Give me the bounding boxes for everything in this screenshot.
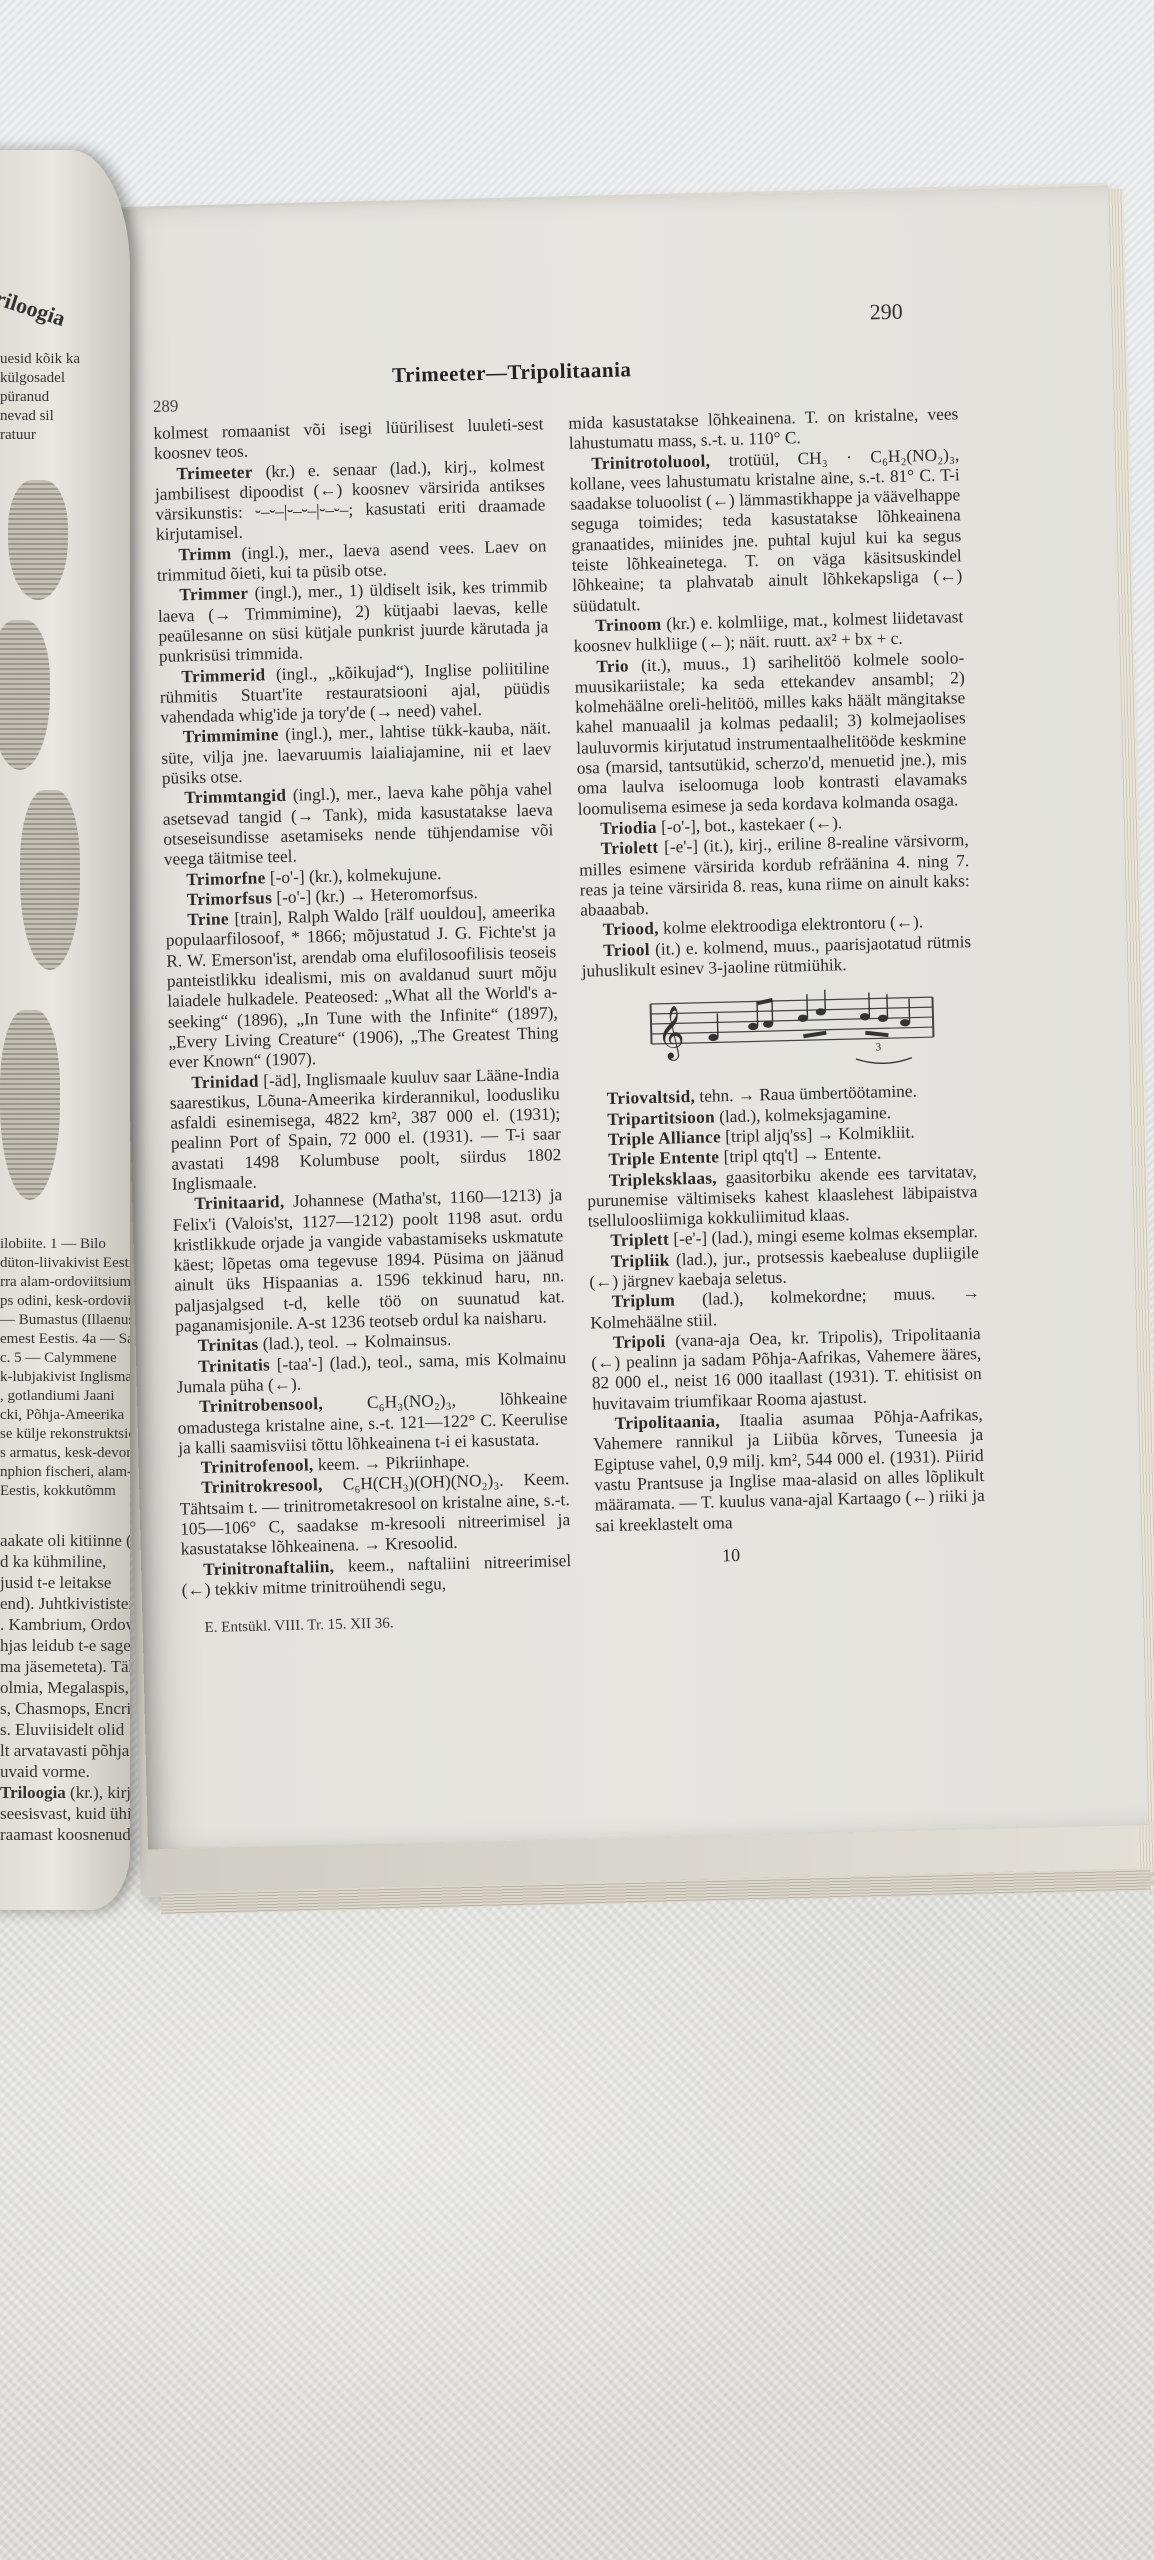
- entry-headword: Tripoli: [613, 1332, 666, 1352]
- page-number: 290: [869, 299, 903, 326]
- caption-line: ilobiite. 1 — Bilo: [0, 1235, 130, 1254]
- entry-headword: Trimorfne: [186, 868, 266, 889]
- fragment-line: lt arvatavasti põhjaelu: [0, 1740, 130, 1761]
- entry-headword: Triple Alliance: [608, 1127, 722, 1149]
- fragment-line: külgosadel: [0, 369, 130, 388]
- fragment-line: ratuur: [0, 426, 130, 445]
- dictionary-entry: Trinitrokresool, C₆H(CH₃)(OH)(NO₂)₃. Kee…: [179, 1470, 571, 1561]
- right-column: mida kasustatakse lõhkeainena. T. on kri…: [568, 404, 986, 1568]
- dictionary-entry: Trimmtangid (ingl.), mer., laeva kahe põ…: [162, 780, 554, 871]
- fragment-line: hjas leidub t-e sageli: [0, 1635, 130, 1656]
- entry-headword: Trimmerid: [181, 665, 265, 686]
- entry-headword: Triplett: [610, 1230, 669, 1250]
- fragment-line: jusid t-e leitakse: [0, 1572, 130, 1593]
- entry-headword: Triple Entente: [608, 1148, 719, 1170]
- trilobite-illustration: [8, 480, 68, 600]
- figure-caption: ilobiite. 1 — Bilodüton-liivakivist Eest…: [0, 1235, 130, 1501]
- entry-headword: Tripolitaania,: [615, 1411, 721, 1433]
- previous-page-top-text: uesid kõik kakülgosadelpüranudnevad silr…: [0, 350, 130, 445]
- entry-headword: Trinidad: [191, 1071, 259, 1092]
- previous-page-body: aakate oli kitiinne (+d ka kühmiline,jus…: [0, 1530, 130, 1845]
- caption-line: k-lubjakivist Inglismaal.: [0, 1368, 130, 1387]
- caption-line: düton-liivakivist Eestis.: [0, 1254, 130, 1273]
- dictionary-entry: Trinidad [-äd], Inglismaale kuuluv saar …: [169, 1064, 562, 1195]
- entry-headword: Trinitatis: [198, 1355, 270, 1376]
- entry-definition: [tripl aljq'ss] → Kolmikliit.: [721, 1122, 915, 1146]
- encyclopedia-page: 290 Trimeeter—Tripolitaania 289 kolmest …: [108, 186, 1148, 1850]
- dictionary-entry: Trinitaarid, Johannese (Matha'st, 1160—1…: [172, 1185, 565, 1337]
- fragment-line: end). Juhtkivististena: [0, 1593, 130, 1614]
- entry-headword: Trimmimine: [183, 725, 279, 746]
- entry-headword: Trinitas: [198, 1335, 259, 1355]
- dictionary-entry: Trinitrotoluool, trotüül, CH₃ · C₆H₂(NO₂…: [569, 445, 963, 617]
- entry-headword: Trimmer: [179, 584, 248, 605]
- dictionary-entry: Triool (it.) e. kolmend, muus., paarisja…: [581, 932, 972, 982]
- trilobite-illustration: [0, 620, 50, 770]
- entry-headword: Trimmtangid: [184, 786, 286, 807]
- entry-definition: keem. → Pikriinhape.: [313, 1452, 469, 1475]
- fragment-line: d ka kühmiline,: [0, 1551, 130, 1572]
- entry-headword: Trinitaarid,: [194, 1192, 285, 1213]
- previous-page-fragment: riloogia uesid kõik kakülgosadelpüranudn…: [0, 150, 130, 1910]
- fragment-line: s, Chasmops, Encrinu: [0, 1698, 130, 1719]
- dictionary-entry: Tripolitaania, Itaalia asumaa Põhja-Aafr…: [593, 1405, 986, 1536]
- entry-headword: Triolett: [601, 838, 659, 858]
- caption-line: , gotlandiumi Jaani: [0, 1387, 130, 1406]
- entry-headword: Triood,: [603, 919, 659, 939]
- svg-text:3: 3: [876, 1042, 882, 1054]
- entry-headword: Trimorfsus: [187, 888, 273, 909]
- sheet-number: 10: [596, 1539, 986, 1569]
- caption-line: emest Eestis. 4a — Sama: [0, 1330, 130, 1349]
- entry-definition: (it.), muus., 1) sarihelitöö kolmele soo…: [575, 648, 968, 819]
- fragment-line: seesisvast, kuid ühise: [0, 1803, 130, 1824]
- dictionary-entry: Trimmerid (ingl., „kõikujad“), Inglise p…: [159, 658, 550, 728]
- caption-line: se külje rekonstruktsioon: [0, 1425, 130, 1444]
- dictionary-entry: Trimmimine (ingl.), mer., lahtise tükk-k…: [161, 719, 552, 789]
- entry-headword: Trinitrofenool,: [201, 1455, 314, 1477]
- caption-line: — Bumastus (Illaenus): [0, 1311, 130, 1330]
- caption-line: c. 5 — Calymmene: [0, 1349, 130, 1368]
- entry-headword: Tripliik: [611, 1250, 670, 1270]
- fragment-line: uesid kõik ka: [0, 350, 130, 369]
- caption-line: Eestis, kokkutõmm: [0, 1482, 130, 1501]
- dictionary-entry: Tripleksklaas, gaasitorbiku akende ees t…: [587, 1162, 978, 1232]
- running-head: Trimeeter—Tripolitaania: [392, 357, 632, 388]
- fragment-line: ma jäsemeteta). Tähtsa: [0, 1656, 130, 1677]
- music-notation-triplet-icon: 𝄞3: [642, 987, 944, 1074]
- fragment-line: nevad sil: [0, 407, 130, 426]
- fragment-line: püranud: [0, 388, 130, 407]
- fragment-line: raamast koosnenud: [0, 1824, 130, 1845]
- fragment-line: uvaid vorme.: [0, 1761, 130, 1782]
- entry-headword: Trine: [187, 909, 229, 929]
- previous-page-running-head: riloogia: [0, 285, 69, 332]
- printer-signature: E. Entsükl. VIII. Tr. 15. XII 36.: [182, 1609, 572, 1639]
- trilobite-illustration: [20, 790, 80, 970]
- fragment-line: . Kambrium, Ordov: [0, 1614, 130, 1635]
- entry-headword: Trinitrotoluool,: [591, 451, 710, 473]
- caption-line: nphion fischeri, alam-ordo: [0, 1463, 130, 1482]
- column-page-number: 289: [153, 396, 179, 417]
- entry-definition: [-o'-] (kr.), kolmekujune.: [265, 864, 441, 887]
- dictionary-entry: Trinitrobensool, C₆H₃(NO₂)₃, lõhkeaine o…: [177, 1388, 568, 1458]
- entry-headword: Triodia: [600, 818, 657, 838]
- entry-headword: Trimeeter: [176, 462, 253, 483]
- entry-headword: Trinoom: [595, 615, 662, 636]
- entry-headword: Tripartitsioon: [607, 1107, 715, 1129]
- trilobite-illustration: [0, 1010, 60, 1200]
- entry-headword: Triplum: [612, 1291, 676, 1312]
- fragment-line: aakate oli kitiinne (+: [0, 1530, 130, 1551]
- entry-headword: Triool: [603, 940, 650, 960]
- entry-headword: Trinitrobensool,: [199, 1394, 323, 1416]
- dictionary-entry: Tripoli (vana-aja Oea, kr. Tripolis), Tr…: [591, 1324, 983, 1415]
- tablecloth-foreground: [0, 1850, 1154, 2560]
- entry-headword: Trinitrokresool,: [201, 1476, 323, 1498]
- fragment-line: olmia, Megalaspis,: [0, 1677, 130, 1698]
- entry-definition: [tripl qtq't] → Entente.: [719, 1144, 881, 1167]
- caption-line: ps odini, kesk-ordovii: [0, 1292, 130, 1311]
- dictionary-entry: Trine [train], Ralph Waldo [rälf uouldou…: [165, 901, 559, 1073]
- dictionary-entry: Trimeeter (kr.) e. senaar (lad.), kirj.,…: [154, 455, 546, 546]
- fragment-line: s. Eluviisidelt olid: [0, 1719, 130, 1740]
- entry-headword: Trimm: [178, 544, 231, 564]
- dictionary-entry: Trimmer (ingl.), mer., 1) üldiselt isik,…: [157, 577, 549, 668]
- left-column: kolmest romaanist või isegi lüürilisest …: [153, 414, 573, 1639]
- dictionary-entry: Triolett [-e'-] (it.), kirj., eriline 8-…: [579, 830, 971, 921]
- entry-headword: Trio: [596, 656, 629, 676]
- entry-headword: Trinitronaftaliin,: [203, 1557, 334, 1579]
- dictionary-entry: Trinitronaftaliin, keem., naftaliini nit…: [181, 1551, 572, 1601]
- caption-line: cki, Põhja-Ameerika: [0, 1406, 130, 1425]
- svg-text:𝄞: 𝄞: [657, 1004, 686, 1061]
- dictionary-entry: Trio (it.), muus., 1) sarihelitöö kolmel…: [574, 648, 968, 820]
- entry-headword: Triovaltsid,: [607, 1087, 696, 1108]
- caption-line: rra alam-ordoviitsiumi: [0, 1273, 130, 1292]
- entry-headword: Tripleksklaas,: [609, 1168, 718, 1190]
- fragment-headword: Triloogia (kr.), kirjand: [0, 1782, 130, 1803]
- entry-definition: (lad.), kolmeksjagamine.: [715, 1103, 892, 1126]
- caption-line: s armatus, kesk-devoni: [0, 1444, 130, 1463]
